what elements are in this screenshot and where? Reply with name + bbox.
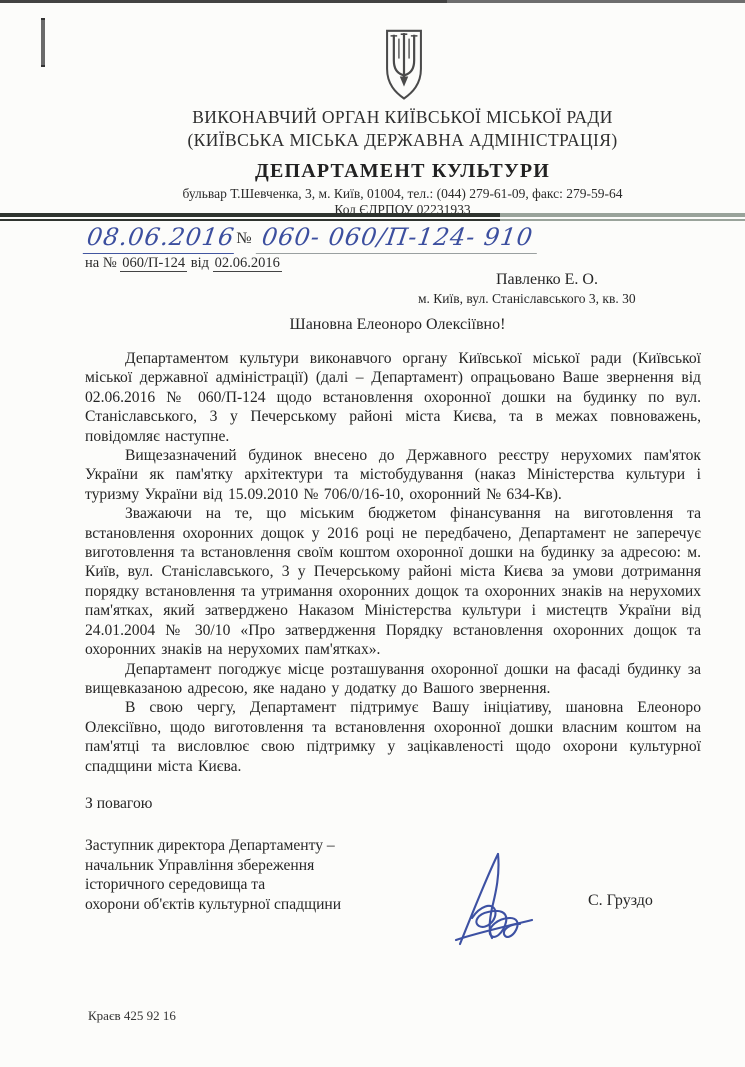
recipient-name: Павленко Е. О. (418, 270, 718, 289)
org-address: бульвар Т.Шевченка, 3, м. Київ, 01004, т… (60, 186, 745, 202)
letterhead: ВИКОНАВЧИЙ ОРГАН КИЇВСЬКОЇ МІСЬКОЇ РАДИ … (60, 106, 745, 218)
salutation: Шановна Елеоноро Олексіївно! (50, 316, 745, 334)
closing-regards: З повагою (85, 795, 152, 813)
body-paragraph: Вищезазначений будинок внесено до Держав… (85, 446, 701, 504)
handwritten-number: 060- 060/П-124- 910 (255, 222, 540, 254)
signer-title-block: Заступник директора Департаменту – начал… (85, 836, 341, 914)
org-name-line2: (КИЇВСЬКА МІСЬКА ДЕРЖАВНА АДМІНІСТРАЦІЯ) (60, 129, 745, 152)
scanned-letter-page: ВИКОНАВЧИЙ ОРГАН КИЇВСЬКОЇ МІСЬКОЇ РАДИ … (0, 0, 745, 1067)
signer-title-line: історичного середовища та (85, 875, 341, 895)
department-name: ДЕПАРТАМЕНТ КУЛЬТУРИ (60, 159, 745, 183)
scan-artifact-left (41, 18, 45, 67)
reply-prefix: на № (85, 255, 117, 271)
letterhead-divider (0, 213, 745, 221)
signer-title-line: начальник Управління збереження (85, 856, 341, 876)
signer-title-line: охорони об'єктів культурної спадщини (85, 895, 341, 915)
org-name-line1: ВИКОНАВЧИЙ ОРГАН КИЇВСЬКОЇ МІСЬКОЇ РАДИ (60, 106, 745, 129)
body-paragraph: Департаментом культури виконавчого орган… (85, 349, 701, 446)
recipient-block: Павленко Е. О. м. Київ, вул. Станіславсь… (418, 270, 718, 307)
handwritten-date: 08.06.2016 (83, 222, 239, 254)
number-sign: № (236, 230, 251, 247)
ukraine-trident-icon (382, 27, 426, 104)
body-paragraph: В свою чергу, Департамент підтримує Вашу… (85, 698, 701, 776)
signer-title-line: Заступник директора Департаменту – (85, 836, 341, 856)
outgoing-number-line: 08.06.2016№ 060- 060/П-124- 910 (85, 222, 539, 254)
executor-contact: Краєв 425 92 16 (88, 1008, 176, 1024)
signature-icon (446, 848, 556, 952)
reply-date: 02.06.2016 (213, 255, 282, 272)
recipient-address: м. Київ, вул. Станіславського 3, кв. 30 (418, 290, 718, 307)
body-paragraph: Зважаючи на те, що міським бюджетом фіна… (85, 504, 701, 659)
letter-body: Департаментом культури виконавчого орган… (85, 349, 701, 776)
reference-block: 08.06.2016№ 060- 060/П-124- 910 на № 060… (85, 222, 539, 272)
scan-artifact-top (0, 0, 745, 3)
reply-number: 060/П-124 (120, 255, 187, 272)
signer-name: С. Груздо (588, 892, 653, 910)
reply-vid: від (191, 255, 209, 271)
body-paragraph: Департамент погоджує місце розташування … (85, 660, 701, 699)
